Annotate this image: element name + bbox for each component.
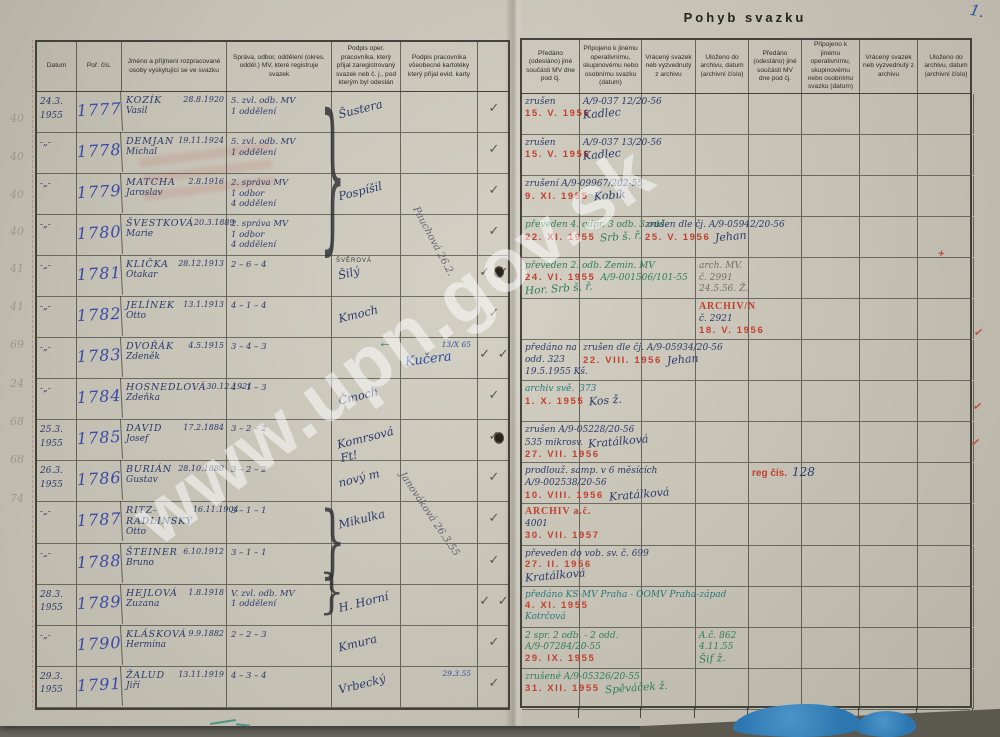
column-header: Správa, odbor, oddělení (okres. odděl.) … xyxy=(227,42,332,91)
movement-cell: reg čís.128 xyxy=(749,463,866,482)
surname: RITZ-RADLINSKÝ xyxy=(126,505,193,527)
movement-line: předáno KS-MV Praha - OOMV Praha-západ xyxy=(525,589,752,601)
operator-signature: Kmoch xyxy=(337,303,379,326)
movement-row: zrušen A/9-05228/20-56535 mikrosv.Kratál… xyxy=(522,422,970,463)
movement-grid-cell xyxy=(860,422,918,462)
movement-line: převeden 4. odpr. 3 odb. 3 odd. xyxy=(525,219,645,231)
name-cell: KOZÍK28.8.1920Vasil xyxy=(122,92,227,132)
column-header: Připojeno k jinému operativnímu, skupino… xyxy=(802,40,860,93)
movement-cell: A/9-037 13/20-56Kadlec xyxy=(580,135,702,164)
department-cell: 2. správa MV1 odbor4 oddělení xyxy=(227,215,332,255)
checkmark-cell: ✓ ✓ xyxy=(478,338,512,378)
movement-line: A/9-037 13/20-56 xyxy=(583,137,699,149)
movement-text: 22. VIII. 1956 xyxy=(583,355,662,366)
movement-line: Hor. Srb š. ř. xyxy=(525,283,645,295)
department-line: 2 – 6 – 4 xyxy=(231,260,329,271)
column-header: Připojeno k jinému operativnímu, skupino… xyxy=(580,40,642,93)
department-cell: 3 – 1 – 1 xyxy=(227,544,332,584)
name-cell: KLIČKA28.12.1913Otakar xyxy=(122,256,227,296)
movement-line: zrušen A/9-05228/20-56 xyxy=(525,424,699,436)
movement-cell: převeden do vob. sv. č. 69927. II. 1956K… xyxy=(522,546,702,586)
movement-grid-cell xyxy=(918,669,974,709)
movement-line: arch. MV. xyxy=(699,260,752,272)
movement-line: A.č. 862 xyxy=(699,630,752,642)
movement-line: Kotrčová xyxy=(525,611,752,623)
movement-text: Srb š. ř. xyxy=(600,229,642,244)
table-row: -„-1782JELÍNEK13.1.1913Otto4 – 1 – 4Kmoc… xyxy=(37,297,508,338)
movement-text: zrušen xyxy=(525,97,556,107)
datum-cell: -„- xyxy=(37,502,77,542)
department-cell: 2 – 6 – 4 xyxy=(227,256,332,296)
surname: BURIÁN xyxy=(126,464,172,475)
department-line: 1 oddělení xyxy=(231,148,329,159)
column-tick xyxy=(578,708,579,718)
movement-text: Spěváček ž. xyxy=(604,680,668,697)
movement-cell: zrušené A/9-05326/20-5531. XII. 1955Spěv… xyxy=(522,669,702,697)
datum-line: -„- xyxy=(40,383,74,397)
movement-grid-cell xyxy=(860,628,918,668)
movement-cell: zrušen dle čj. A/9-05942/20-5625. V. 195… xyxy=(642,217,808,246)
movement-grid-cell xyxy=(918,463,974,503)
column-header: Uloženo do archivu, datum (archivní čísl… xyxy=(696,40,749,93)
datum-line: -„- xyxy=(40,260,74,274)
department-line: 4 oddělení xyxy=(231,199,329,210)
movement-text: předáno na xyxy=(525,343,577,353)
column-header xyxy=(478,42,512,91)
movement-grid-cell xyxy=(918,217,974,257)
datum-line: -„- xyxy=(40,342,74,356)
first-name: Zuzana xyxy=(126,599,224,609)
movement-text: 10. VIII. 1956 xyxy=(525,490,604,501)
table-row: 26.3.19551786BURIÁN28.10.1880Gustav3 – 2… xyxy=(37,461,508,502)
department-line: 1 odbor xyxy=(231,189,329,200)
movement-cell: zrušen15. V. 1956 xyxy=(522,135,586,162)
movement-text: 31. XII. 1955 xyxy=(525,683,600,694)
name-cell: DVOŘÁK4.5.1915Zdeněk xyxy=(122,338,227,378)
department-line: 1 odbor xyxy=(231,230,329,241)
movement-text: Kos ž. xyxy=(589,394,623,410)
movement-text: 1. X. 1955 xyxy=(525,396,584,407)
movement-grid-cell xyxy=(749,422,802,462)
movement-grid-cell xyxy=(860,381,918,421)
name-line: ŠTEINER6.10.1912 xyxy=(126,547,224,558)
movement-line: ARCHIV a.č. xyxy=(525,506,583,518)
checkmark-cell: ✓ xyxy=(478,297,512,337)
name-cell: JELÍNEK13.1.1913Otto xyxy=(122,297,227,337)
movement-grid-cell xyxy=(860,463,918,503)
movement-grid-cell xyxy=(802,381,860,421)
movement-row: prodlouž. samp. v 6 měsícíchA/9-002538/2… xyxy=(522,463,970,504)
name-line: KLÁSKOVÁ9.9.1882 xyxy=(126,629,224,640)
surname: KOZÍK xyxy=(126,95,162,106)
movement-text: Kratálková xyxy=(525,568,586,586)
birth-date: 17.2.1884 xyxy=(183,423,224,434)
movement-table: Předáno (odesláno) jiné součásti MV dne … xyxy=(520,38,972,708)
movement-text: převeden do vob. sv. č. 699 xyxy=(525,549,649,559)
page-title: Pohyb svazku xyxy=(630,10,860,25)
movement-grid-cell xyxy=(749,628,802,668)
serial-number: 1785 xyxy=(76,419,123,461)
movement-text: A/9-037 12/20-56 xyxy=(583,97,662,107)
movement-grid-cell xyxy=(918,135,974,175)
birth-date: 28.10.1880 xyxy=(178,464,224,475)
kartoteka-signature-cell: 29.3.55 xyxy=(401,667,478,707)
checkmark-cell: ✓ ✓ xyxy=(478,585,512,625)
datum-cell: -„- xyxy=(37,174,77,214)
movement-grid-cell xyxy=(749,587,802,627)
datum-line: 25.3. xyxy=(40,424,74,438)
margin-number: 40 xyxy=(10,150,24,163)
movement-text: A.č. 862 xyxy=(699,631,736,641)
movement-grid-cell xyxy=(642,299,696,339)
movement-grid-cell xyxy=(522,299,580,339)
movement-text: 128 xyxy=(792,465,815,479)
movement-line: 22. XI. 1955Srb š. ř. xyxy=(525,231,645,243)
kartoteka-date: 13/X 65 xyxy=(442,340,471,349)
name-cell: ŠTEINER6.10.1912Bruno xyxy=(122,544,227,584)
movement-text: 18. V. 1956 xyxy=(699,325,764,336)
first-name: Hermína xyxy=(126,640,224,650)
department-line: 5. zvl. odb. MV xyxy=(231,96,329,107)
department-cell: 3 – 2 – 2 xyxy=(227,420,332,460)
movement-cell: arch. MV.č. 299124.5.56. Ž. xyxy=(696,258,755,297)
movement-line: 4. XI. 1955 xyxy=(525,600,752,611)
movement-cell: archiv svě.3731. X. 1955Kos ž. xyxy=(522,381,648,410)
red-margin-line xyxy=(32,40,33,708)
movement-line: č. 2991 xyxy=(699,272,752,284)
movement-line: Kadlec xyxy=(583,149,699,162)
name-cell: ŠVESTKOVÁ20.3.1889Marie xyxy=(122,215,227,255)
movement-line: zrušen dle čj. A/9-05942/20-56 xyxy=(645,219,805,231)
movement-cell: převeden 2. odb. Zemin. MV24. VI. 1955A/… xyxy=(522,258,648,298)
margin-number: 40 xyxy=(10,112,24,125)
department-line: 3 – 1 – 1 xyxy=(231,548,329,559)
serial-number: 1782 xyxy=(76,296,123,338)
first-name: Zdeňka xyxy=(126,393,224,403)
movement-text: Kotrčová xyxy=(525,612,566,622)
movement-line: 29. IX. 1955 xyxy=(525,653,583,664)
movement-line: 4001 xyxy=(525,518,583,530)
movement-text: Kratálková xyxy=(588,433,649,451)
movement-grid-cell xyxy=(802,299,860,339)
department-line: 4 – 1 – 4 xyxy=(231,301,329,312)
movement-grid-cell xyxy=(860,94,918,134)
movement-grid-cell xyxy=(696,176,749,216)
movement-line: Kratálková xyxy=(525,570,699,583)
column-header: Předáno (odesláno) jiné součásti MV dne … xyxy=(522,40,580,93)
movement-grid-cell xyxy=(802,176,860,216)
first-name: Bruno xyxy=(126,558,224,568)
surname: JELÍNEK xyxy=(126,300,175,311)
datum-line: -„- xyxy=(40,301,74,315)
checkmark-cell: ✓ xyxy=(478,502,512,542)
movement-text: 2 spr. 2 odb. - 2 odd. xyxy=(525,631,619,641)
serial-number: 1784 xyxy=(76,378,123,420)
name-line: HEJLOVÁ1.8.1918 xyxy=(126,588,224,599)
movement-row: zrušen15. V. 1956A/9-037 13/20-56Kadlec xyxy=(522,135,970,176)
birth-date: 4.5.1915 xyxy=(188,341,224,352)
serial-number: 1786 xyxy=(76,460,123,502)
movement-grid-cell xyxy=(749,504,802,544)
datum-cell: 25.3.1955 xyxy=(37,420,77,460)
department-line: V. zvl. odb. MV xyxy=(231,589,329,600)
movement-grid-cell xyxy=(696,135,749,175)
movement-line: 22. VIII. 1956Jehan xyxy=(583,354,699,367)
movement-grid-cell xyxy=(749,176,802,216)
movement-cell: zrušen dle čj. A/9-05934/20-5622. VIII. … xyxy=(580,340,702,369)
movement-line: A/9-07284/20-55 xyxy=(525,641,583,653)
movement-grid-cell xyxy=(696,504,749,544)
movement-line: 15. V. 1956 xyxy=(525,149,583,160)
movement-grid-cell xyxy=(642,504,696,544)
department-line: 4 – 3 – 4 xyxy=(231,671,329,682)
table-row: -„-1779MATCHA2.8.1916Jaroslav2. správa M… xyxy=(37,174,508,215)
movement-grid-cell xyxy=(918,94,974,134)
movement-text: 24.5.56. Ž. xyxy=(699,284,748,294)
table-row: 25.3.19551785DAVID17.2.1884Josef3 – 2 – … xyxy=(37,420,508,461)
name-cell: KLÁSKOVÁ9.9.1882Hermína xyxy=(122,626,227,666)
movement-text: A/9-037 13/20-56 xyxy=(583,138,662,148)
movement-text: 4001 xyxy=(525,519,548,529)
movement-grid-cell xyxy=(802,504,860,544)
surname: ŠTEINER xyxy=(126,547,178,558)
movement-grid-cell xyxy=(802,587,860,627)
movement-grid-cell xyxy=(749,546,802,586)
movement-text: 373 xyxy=(579,384,596,394)
operator-signature: Vrbecký xyxy=(337,671,387,696)
movement-text: zrušen dle čj. A/9-05934/20-56 xyxy=(583,343,723,353)
movement-line: A/9-002538/20-56 xyxy=(525,477,699,489)
movement-grid-cell xyxy=(642,628,696,668)
margin-number: 41 xyxy=(10,262,24,275)
movement-line: A/9-037 12/20-56 xyxy=(583,96,699,108)
movement-grid-cell xyxy=(802,217,860,257)
movement-cell: předáno naodd. 32319.5.1955 Kš. xyxy=(522,340,586,379)
datum-line: 1955 xyxy=(40,438,74,452)
column-tick xyxy=(694,708,695,718)
department-line: 4 – 1 – 3 xyxy=(231,383,329,394)
movement-text: Kadlec xyxy=(583,106,622,122)
surname: KLIČKA xyxy=(126,259,169,270)
birth-date: 28.8.1920 xyxy=(183,95,224,106)
movement-cell: převeden 4. odpr. 3 odb. 3 odd.22. XI. 1… xyxy=(522,217,648,245)
datum-cell: -„- xyxy=(37,215,77,255)
movement-grid-cell xyxy=(802,628,860,668)
birth-date: 13.11.1919 xyxy=(178,670,224,681)
movement-text: Jehan xyxy=(666,353,699,369)
datum-line: 24.3. xyxy=(40,96,74,110)
table-row: -„-1790KLÁSKOVÁ9.9.1882Hermína2 – 2 – 3K… xyxy=(37,626,508,667)
datum-line: 28.3. xyxy=(40,589,74,603)
movement-row: převeden 4. odpr. 3 odb. 3 odd.22. XI. 1… xyxy=(522,217,970,258)
movement-grid-cell xyxy=(696,94,749,134)
movement-line: 535 mikrosv.Kratálková xyxy=(525,436,699,449)
surname: DVOŘÁK xyxy=(126,341,174,352)
name-cell: MATCHA2.8.1916Jaroslav xyxy=(122,174,227,214)
column-header: Předáno (odesláno) jiné součásti MV dne … xyxy=(749,40,802,93)
birth-date: 9.9.1882 xyxy=(188,629,224,640)
name-line: DVOŘÁK4.5.1915 xyxy=(126,341,224,352)
first-name: Josef xyxy=(126,434,224,444)
movement-text: 29. IX. 1955 xyxy=(525,653,595,664)
right-header-row: Předáno (odesláno) jiné součásti MV dne … xyxy=(522,40,970,94)
department-line: 2. správa MV xyxy=(231,219,329,230)
column-tick xyxy=(640,708,641,718)
first-name: Otakar xyxy=(126,270,224,280)
movement-text: Kratálková xyxy=(608,486,669,504)
datum-cell: -„- xyxy=(37,297,77,337)
movement-text: 4.11.55 xyxy=(699,642,733,652)
serial-number: 1787 xyxy=(76,501,123,543)
name-line: JELÍNEK13.1.1913 xyxy=(126,300,224,311)
movement-grid-cell xyxy=(749,340,802,380)
datum-cell: 24.3.1955 xyxy=(37,92,77,132)
movement-row: převeden do vob. sv. č. 69927. II. 1956K… xyxy=(522,546,970,587)
datum-line: 1955 xyxy=(40,110,74,124)
margin-number: 40 xyxy=(10,188,24,201)
movement-text: A/9-07284/20-55 xyxy=(525,642,601,652)
datum-cell: -„- xyxy=(37,256,77,296)
movement-cell: prodlouž. samp. v 6 měsícíchA/9-002538/2… xyxy=(522,463,702,503)
movement-text: 19.5.1955 Kš. xyxy=(525,367,588,377)
movement-line: zrušen xyxy=(525,96,583,108)
punch-hole xyxy=(494,266,504,278)
checkmark-cell: ✓ xyxy=(478,626,512,666)
department-line: 2 – 2 – 3 xyxy=(231,630,329,641)
movement-grid-cell xyxy=(580,299,642,339)
movement-text: archiv svě. xyxy=(525,384,574,394)
movement-row: zrušení A/9-09967/202-559. XI. 1955Kobík xyxy=(522,176,970,217)
movement-grid-cell xyxy=(696,463,749,503)
movement-cell: ARCHIV/Nč. 292118. V. 1956 xyxy=(696,299,808,338)
movement-line: ARCHIV/N xyxy=(699,301,805,313)
kartoteka-signature-cell xyxy=(401,379,478,419)
movement-grid-cell xyxy=(918,546,974,586)
margin-number: 41 xyxy=(10,300,24,313)
datum-line: 1955 xyxy=(40,684,74,698)
datum-line: -„- xyxy=(40,178,74,192)
movement-grid-cell xyxy=(749,381,802,421)
movement-line: č. 2921 xyxy=(699,313,805,325)
surname: HEJLOVÁ xyxy=(126,588,178,599)
movement-text: 535 mikrosv. xyxy=(525,438,583,448)
department-cell: 2 – 2 – 3 xyxy=(227,626,332,666)
movement-grid-cell xyxy=(860,176,918,216)
movement-cell: předáno KS-MV Praha - OOMV Praha-západ4.… xyxy=(522,587,755,625)
first-name: Michal xyxy=(126,147,224,157)
name-line: RITZ-RADLINSKÝ16.11.1904 xyxy=(126,505,224,527)
department-cell: 3 – 1 – 1 xyxy=(227,502,332,542)
department-cell: V. zvl. odb. MV1 oddělení xyxy=(227,585,332,625)
department-cell: 4 – 1 – 3 xyxy=(227,379,332,419)
checkmark-cell: ✓ xyxy=(478,544,512,584)
name-line: ŽALUD13.11.1919 xyxy=(126,670,224,681)
datum-line: -„- xyxy=(40,219,74,233)
datum-cell: -„- xyxy=(37,544,77,584)
movement-text: Kobík xyxy=(593,188,626,204)
department-cell: 5. zvl. odb. MV1 oddělení xyxy=(227,92,332,132)
movement-text: 30. VII. 1957 xyxy=(525,530,600,541)
movement-text: 9. XI. 1955 xyxy=(525,191,589,202)
name-line: KOZÍK28.8.1920 xyxy=(126,95,224,106)
table-row: -„-1778DEMJAN19.11.1924Michal5. zvl. odb… xyxy=(37,133,508,174)
datum-cell: 26.3.1955 xyxy=(37,461,77,501)
department-line: 5. zvl. odb. MV xyxy=(231,137,329,148)
column-header: Podpis pracovníka všeobecné kartotéky kt… xyxy=(401,42,478,91)
movement-line: prodlouž. samp. v 6 měsících xyxy=(525,465,699,477)
serial-number: 1780 xyxy=(76,214,123,256)
birth-date: 2.8.1916 xyxy=(188,177,224,188)
movement-grid-cell xyxy=(918,628,974,668)
datum-line: 1955 xyxy=(40,479,74,493)
birth-date: 6.10.1912 xyxy=(183,547,224,558)
datum-cell: -„- xyxy=(37,626,77,666)
movement-grid-cell xyxy=(802,94,860,134)
punch-hole xyxy=(494,432,504,444)
movement-text: zrušené A/9-05326/20-55 xyxy=(525,672,640,682)
department-line: 4 oddělení xyxy=(231,240,329,251)
department-cell: 3 – 4 – 3 xyxy=(227,338,332,378)
surname: ŽALUD xyxy=(126,670,165,681)
movement-text: 22. XI. 1955 xyxy=(525,232,595,243)
kartoteka-signature: Kučera xyxy=(404,349,452,370)
movement-grid-cell xyxy=(696,381,749,421)
movement-grid-cell xyxy=(918,258,974,298)
movement-text: odd. 323 xyxy=(525,355,565,365)
brace: } xyxy=(319,568,344,616)
movement-row: zrušen15. V. 1956A/9-037 12/20-56Kadlec xyxy=(522,94,970,135)
checkmark-cell: ✓ xyxy=(478,215,512,255)
movement-grid-cell xyxy=(749,258,802,298)
datum-cell: 29.3.1955 xyxy=(37,667,77,707)
serial-number: 1779 xyxy=(76,173,123,215)
movement-grid-cell xyxy=(860,340,918,380)
movement-line: zrušen xyxy=(525,137,583,149)
datum-line: 1955 xyxy=(40,602,74,616)
department-line: 3 – 4 – 3 xyxy=(231,342,329,353)
movement-row: předáno naodd. 32319.5.1955 Kš.zrušen dl… xyxy=(522,340,970,381)
movement-cell: A/9-037 12/20-56Kadlec xyxy=(580,94,702,123)
movement-row: ARCHIV/Nč. 292118. V. 1956 xyxy=(522,299,970,340)
movement-row: 2 spr. 2 odb. - 2 odd.A/9-07284/20-5529.… xyxy=(522,628,970,669)
datum-cell: -„- xyxy=(37,338,77,378)
movement-grid-cell xyxy=(860,217,918,257)
name-cell: DEMJAN19.11.1924Michal xyxy=(122,133,227,173)
first-name: Gustav xyxy=(126,475,224,485)
checkmark-cell: ✓ xyxy=(478,174,512,214)
margin-number: 69 xyxy=(10,338,24,351)
table-row: 28.3.19551789HEJLOVÁ1.8.1918ZuzanaV. zvl… xyxy=(37,585,508,626)
checkmark-cell: ✓ xyxy=(478,379,512,419)
table-row: -„-1788ŠTEINER6.10.1912Bruno3 – 1 – 1✓ xyxy=(37,544,508,585)
left-arrow-icon: ← xyxy=(378,334,392,350)
serial-number: 1777 xyxy=(76,91,123,133)
name-line: MATCHA2.8.1916 xyxy=(126,177,224,188)
movement-grid-cell xyxy=(696,546,749,586)
movement-grid-cell xyxy=(696,669,749,709)
surname: ŠVESTKOVÁ xyxy=(126,218,194,229)
operator-signature-cell: Kmoch xyxy=(332,297,401,337)
operator-signature: H. Horní xyxy=(337,589,390,615)
movement-text: 4. XI. 1955 xyxy=(525,600,589,611)
movement-grid-cell xyxy=(749,669,802,709)
movement-line: archiv svě.373 xyxy=(525,383,645,395)
margin-number: 68 xyxy=(10,415,24,428)
margin-number: 74 xyxy=(10,492,24,505)
datum-cell: -„- xyxy=(37,379,77,419)
movement-grid-cell xyxy=(918,504,974,544)
movement-grid-cell xyxy=(918,299,974,339)
